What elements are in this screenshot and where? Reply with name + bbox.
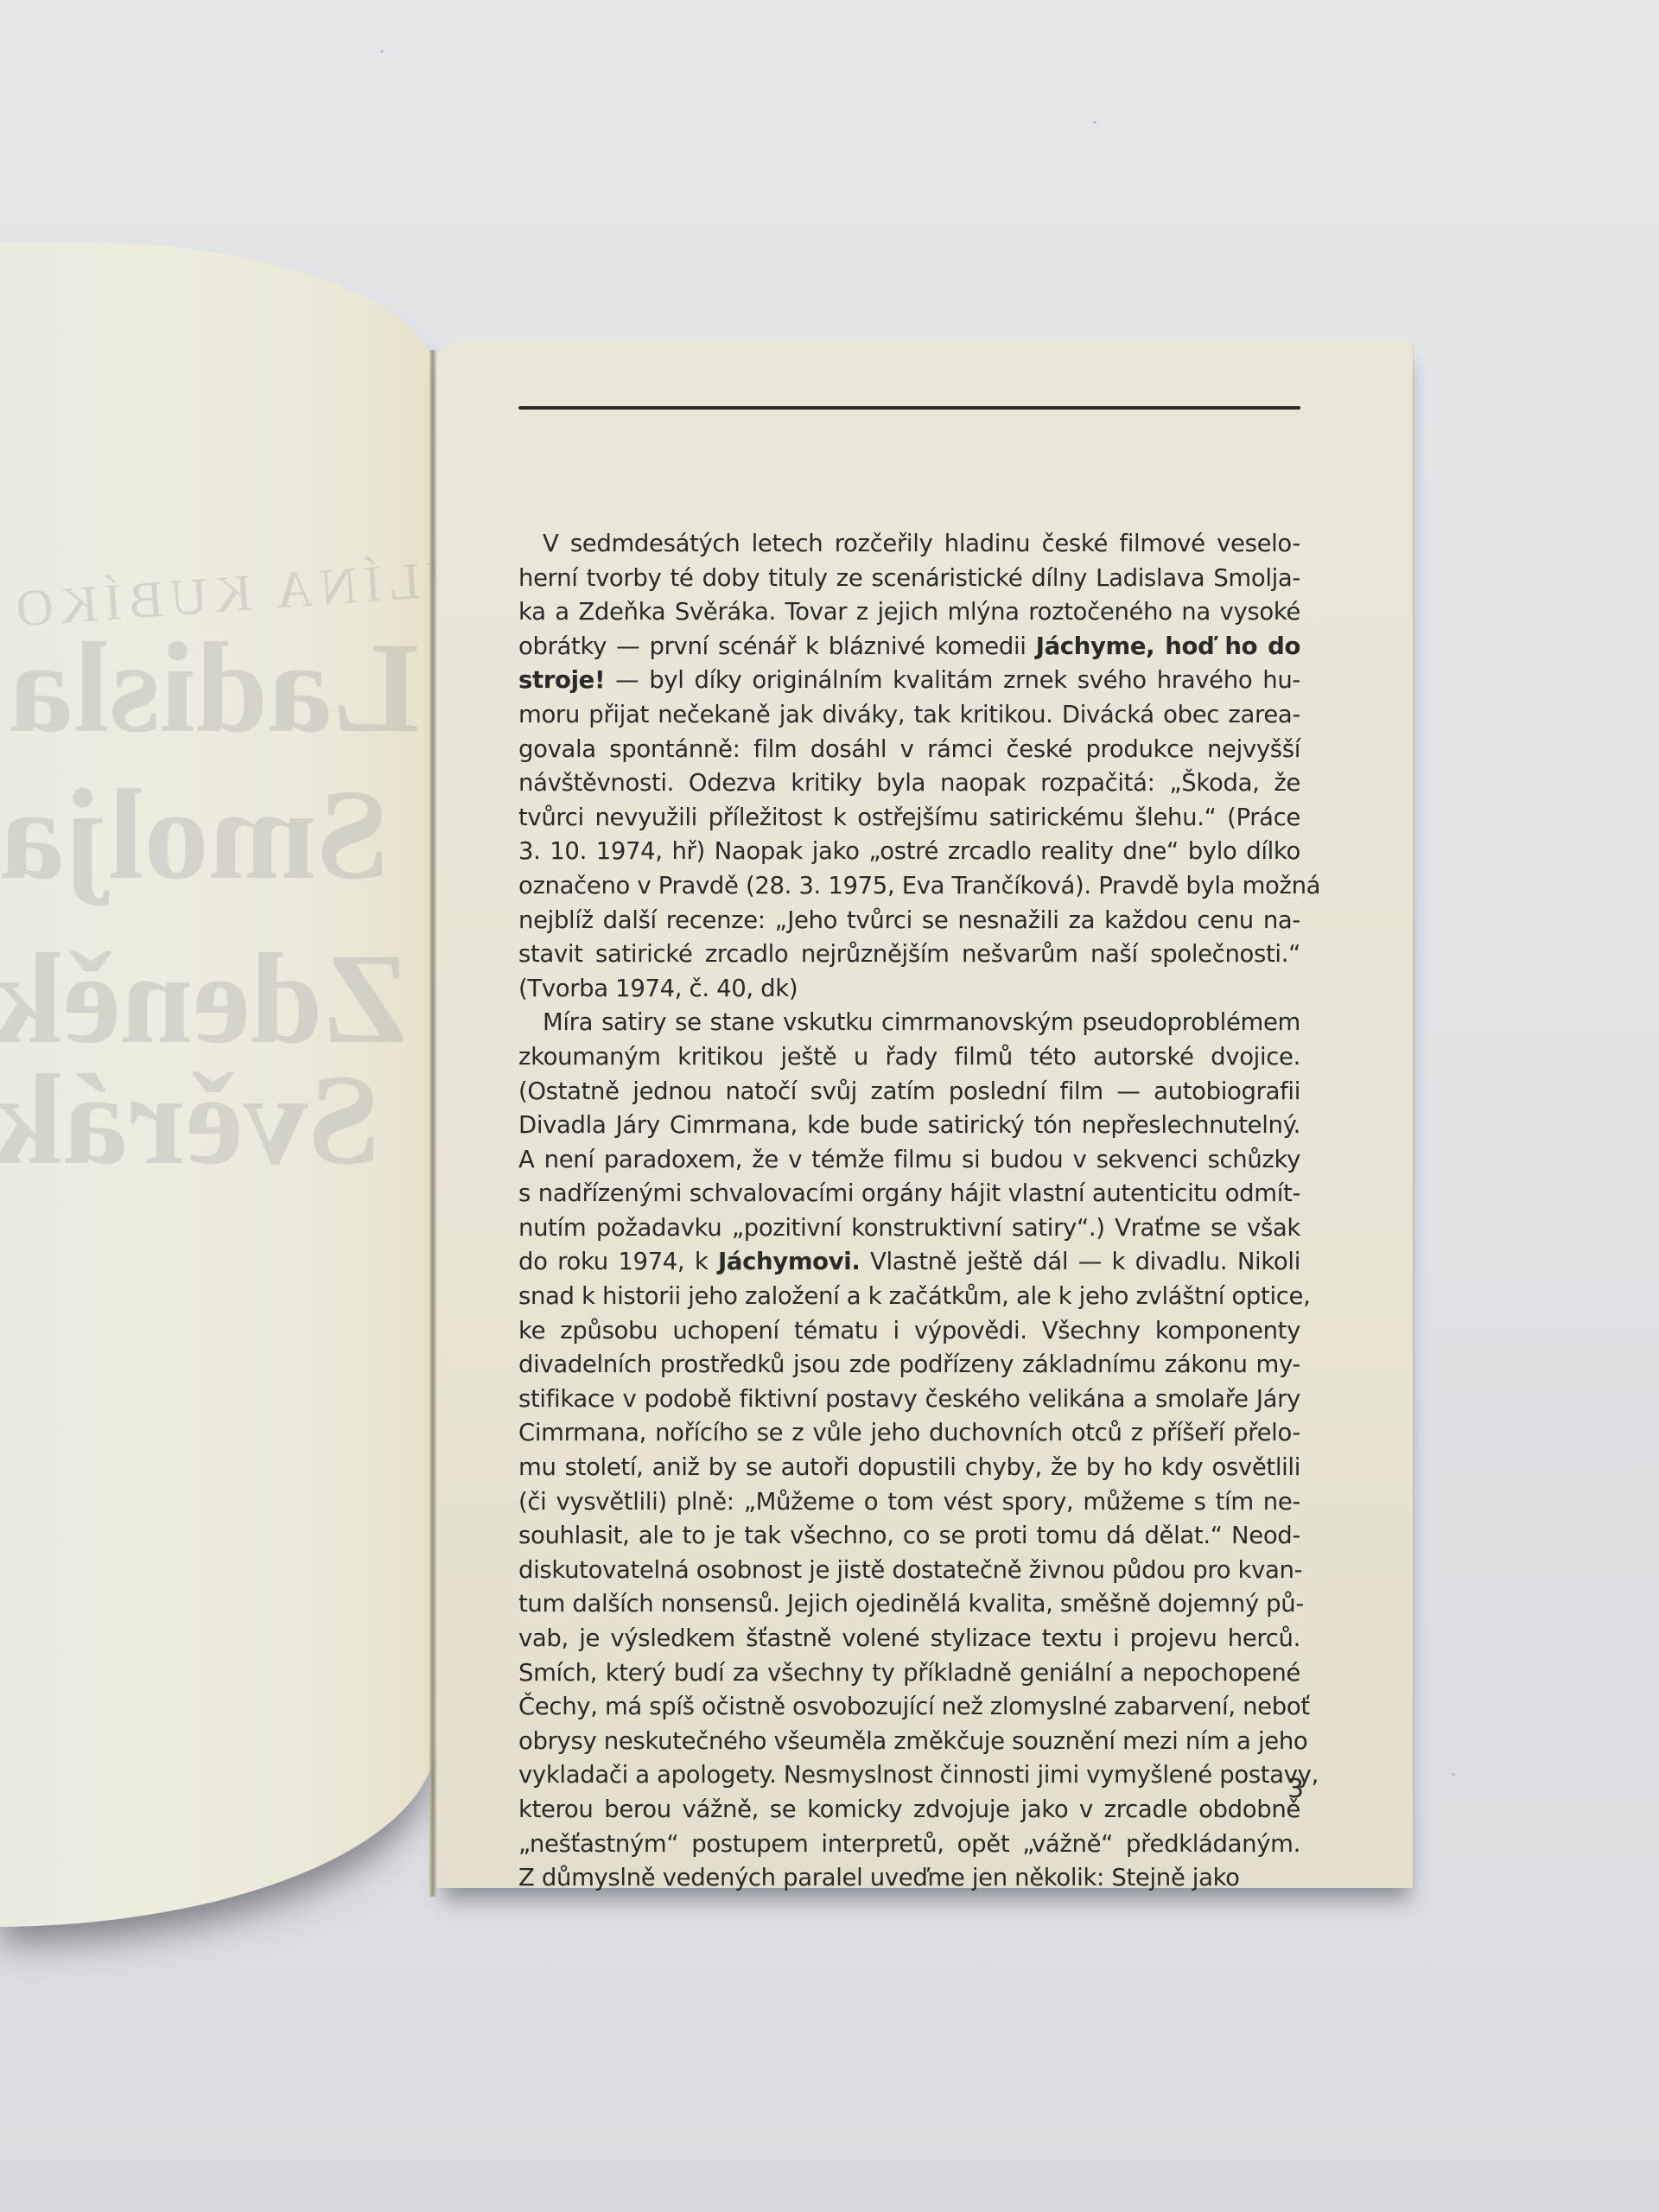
text-line: Čechy, má spíš očistně osvobozující než … (518, 1690, 1300, 1725)
text-line: nejblíž další recenze: „Jeho tvůrci se n… (518, 904, 1300, 938)
text-line: do roku 1974, k Jáchymovi. Vlastně ještě… (518, 1245, 1300, 1280)
text-line: s nadřízenými schvalovacími orgány hájit… (518, 1177, 1300, 1211)
text-run: tvůrci nevyužili příležitost k ostřejším… (518, 804, 1300, 831)
text-run: „nešťastným“ postupem interpretů, opět „… (518, 1830, 1300, 1858)
paragraph: Míra satiry se stane vskutku cimrmanovsk… (518, 1006, 1300, 1895)
text-run: s nadřízenými schvalovacími orgány hájit… (518, 1179, 1300, 1207)
body-text: V sedmdesátých letech rozčeřily hladinu … (518, 527, 1300, 1896)
text-run: — byl díky originálním kvalitám zrnek sv… (605, 666, 1300, 694)
text-line: govala spontánně: film dosáhl v rámci če… (518, 733, 1300, 767)
text-line: Míra satiry se stane vskutku cimrmanovsk… (518, 1006, 1300, 1040)
text-line: tum dalších nonsensů. Jejich ojedinělá k… (518, 1587, 1300, 1622)
text-run: Čechy, má spíš očistně osvobozující než … (518, 1693, 1310, 1720)
text-run: nutím požadavku „pozitivní konstruktivní… (518, 1214, 1300, 1242)
text-line: snad k historii jeho založení a k začátk… (518, 1280, 1300, 1314)
text-line: stroje! — byl díky originálním kvalitám … (518, 664, 1300, 698)
text-line: Divadla Járy Cimrmana, kde bude satirick… (518, 1109, 1300, 1143)
text-run: stavit satirické zrcadlo nejrůznějším ne… (518, 940, 1300, 968)
text-run: Z důmyslně vedených paralel uveďme jen n… (518, 1864, 1240, 1891)
text-line: V sedmdesátých letech rozčeřily hladinu … (518, 527, 1300, 562)
text-line: návštěvnosti. Odezva kritiky byla naopak… (518, 766, 1300, 801)
text-run: V sedmdesátých letech rozčeřily hladinu … (543, 530, 1300, 557)
text-line: herní tvorby té doby tituly ze scenárist… (518, 562, 1300, 596)
text-line: kterou berou vážně, se komicky zdvojuje … (518, 1793, 1300, 1827)
left-page: PAVLÍNA KUBÍKO Ladisla Smolja Zdeněk Svě… (0, 242, 436, 1927)
text-line: A není paradoxem, že v témže filmu si bu… (518, 1143, 1300, 1178)
text-line: vab, je výsledkem šťastně volené styliza… (518, 1622, 1300, 1656)
text-line: tvůrci nevyužili příležitost k ostřejším… (518, 801, 1300, 836)
text-line: moru přijat nečekaně jak diváky, tak kri… (518, 698, 1300, 733)
surface-speck (1452, 1773, 1455, 1776)
text-line: mu století, aniž by se autoři dopustili … (518, 1451, 1300, 1485)
text-run: návštěvnosti. Odezva kritiky byla naopak… (518, 769, 1300, 797)
text-run: govala spontánně: film dosáhl v rámci če… (518, 735, 1300, 763)
text-line: souhlasit, ale to je tak všechno, co se … (518, 1519, 1300, 1554)
text-line: (Ostatně jednou natočí svůj zatím posled… (518, 1075, 1300, 1109)
text-run: zkoumaným kritikou ještě u řady filmů té… (518, 1043, 1300, 1071)
text-run: Vlastně ještě dál — k divadlu. Nikoli (860, 1248, 1300, 1275)
film-title: Jáchyme, hoď ho do (1036, 632, 1300, 660)
text-line: diskutovatelná osobnost je jistě dostate… (518, 1554, 1300, 1588)
text-run: tum dalších nonsensů. Jejich ojedinělá k… (518, 1590, 1304, 1618)
text-run: souhlasit, ale to je tak všechno, co se … (518, 1522, 1300, 1549)
text-line: (či vysvětlili) plně: „Můžeme o tom vést… (518, 1485, 1300, 1520)
text-run: diskutovatelná osobnost je jistě dostate… (518, 1556, 1302, 1584)
book-spine (429, 350, 436, 1897)
text-line: ke způsobu uchopení tématu i výpovědi. V… (518, 1314, 1300, 1349)
text-line: „nešťastným“ postupem interpretů, opět „… (518, 1827, 1300, 1862)
text-run: obrysy neskutečného všeuměla změkčuje so… (518, 1727, 1307, 1755)
text-line: 3. 10. 1974, hř) Naopak jako „ostré zrca… (518, 835, 1300, 869)
text-run: (či vysvětlili) plně: „Můžeme o tom vést… (518, 1488, 1300, 1516)
text-run: vykladači a apologety. Nesmyslnost činno… (518, 1761, 1319, 1789)
right-page: V sedmdesátých letech rozčeřily hladinu … (436, 341, 1413, 1888)
bleed-through-title-line: Ladisla (9, 613, 419, 762)
text-run: obrátky — první scénář k bláznivé komedi… (518, 632, 1036, 660)
text-run: ke způsobu uchopení tématu i výpovědi. V… (518, 1317, 1300, 1344)
text-line: stavit satirické zrcadlo nejrůznějším ne… (518, 938, 1300, 972)
text-line: (Tvorba 1974, č. 40, dk) (518, 972, 1300, 1007)
text-run: 3. 10. 1974, hř) Naopak jako „ostré zrca… (518, 837, 1300, 865)
text-run: nejblíž další recenze: „Jeho tvůrci se n… (518, 906, 1300, 934)
surface-speck (1093, 121, 1096, 124)
text-run: (Ostatně jednou natočí svůj zatím posled… (518, 1077, 1300, 1105)
surface-speck (380, 50, 384, 53)
text-line: nutím požadavku „pozitivní konstruktivní… (518, 1211, 1300, 1246)
text-run: kterou berou vážně, se komicky zdvojuje … (518, 1796, 1300, 1823)
text-line: Cimrmana, nořícího se z vůle jeho duchov… (518, 1416, 1300, 1451)
text-line: divadelních prostředků jsou zde podřízen… (518, 1348, 1300, 1382)
text-run: označeno v Pravdě (28. 3. 1975, Eva Tran… (518, 872, 1320, 899)
text-line: obrátky — první scénář k bláznivé komedi… (518, 630, 1300, 664)
text-line: stifikace v podobě fiktivní postavy česk… (518, 1382, 1300, 1417)
paragraph: V sedmdesátých letech rozčeřily hladinu … (518, 527, 1300, 1006)
text-run: Smích, který budí za všechny ty příkladn… (518, 1659, 1300, 1687)
text-run: A není paradoxem, že v témže filmu si bu… (518, 1146, 1300, 1173)
text-run: do roku 1974, k (518, 1248, 718, 1275)
header-rule (518, 406, 1300, 410)
page-number: 3 (1287, 1774, 1304, 1804)
text-run: mu století, aniž by se autoři dopustili … (518, 1453, 1300, 1481)
film-title: stroje! (518, 666, 605, 694)
text-run: vab, je výsledkem šťastně volené styliza… (518, 1624, 1300, 1652)
text-run: moru přijat nečekaně jak diváky, tak kri… (518, 701, 1300, 728)
text-run: snad k historii jeho založení a k začátk… (518, 1282, 1311, 1310)
text-line: vykladači a apologety. Nesmyslnost činno… (518, 1758, 1300, 1793)
text-line: Smích, který budí za všechny ty příkladn… (518, 1656, 1300, 1691)
text-run: Míra satiry se stane vskutku cimrmanovsk… (543, 1008, 1300, 1036)
bleed-through-title-line: Svěrák (0, 1046, 380, 1194)
text-run: Cimrmana, nořícího se z vůle jeho duchov… (518, 1419, 1300, 1446)
text-line: Z důmyslně vedených paralel uveďme jen n… (518, 1861, 1300, 1896)
text-run: stifikace v podobě fiktivní postavy česk… (518, 1385, 1300, 1413)
text-line: zkoumaným kritikou ještě u řady filmů té… (518, 1040, 1300, 1075)
text-run: Divadla Járy Cimrmana, kde bude satirick… (518, 1111, 1300, 1139)
text-line: obrysy neskutečného všeuměla změkčuje so… (518, 1725, 1300, 1759)
text-line: označeno v Pravdě (28. 3. 1975, Eva Tran… (518, 869, 1300, 904)
text-line: ka a Zdeňka Svěráka. Tovar z jejich mlýn… (518, 595, 1300, 630)
text-run: herní tvorby té doby tituly ze scenárist… (518, 564, 1300, 592)
text-run: ka a Zdeňka Svěráka. Tovar z jejich mlýn… (518, 598, 1300, 626)
text-run: (Tvorba 1974, č. 40, dk) (518, 975, 798, 1002)
film-title: Jáchymovi. (718, 1248, 860, 1275)
text-run: divadelních prostředků jsou zde podřízen… (518, 1351, 1300, 1378)
bleed-through-title-line: Smolja (0, 760, 389, 909)
